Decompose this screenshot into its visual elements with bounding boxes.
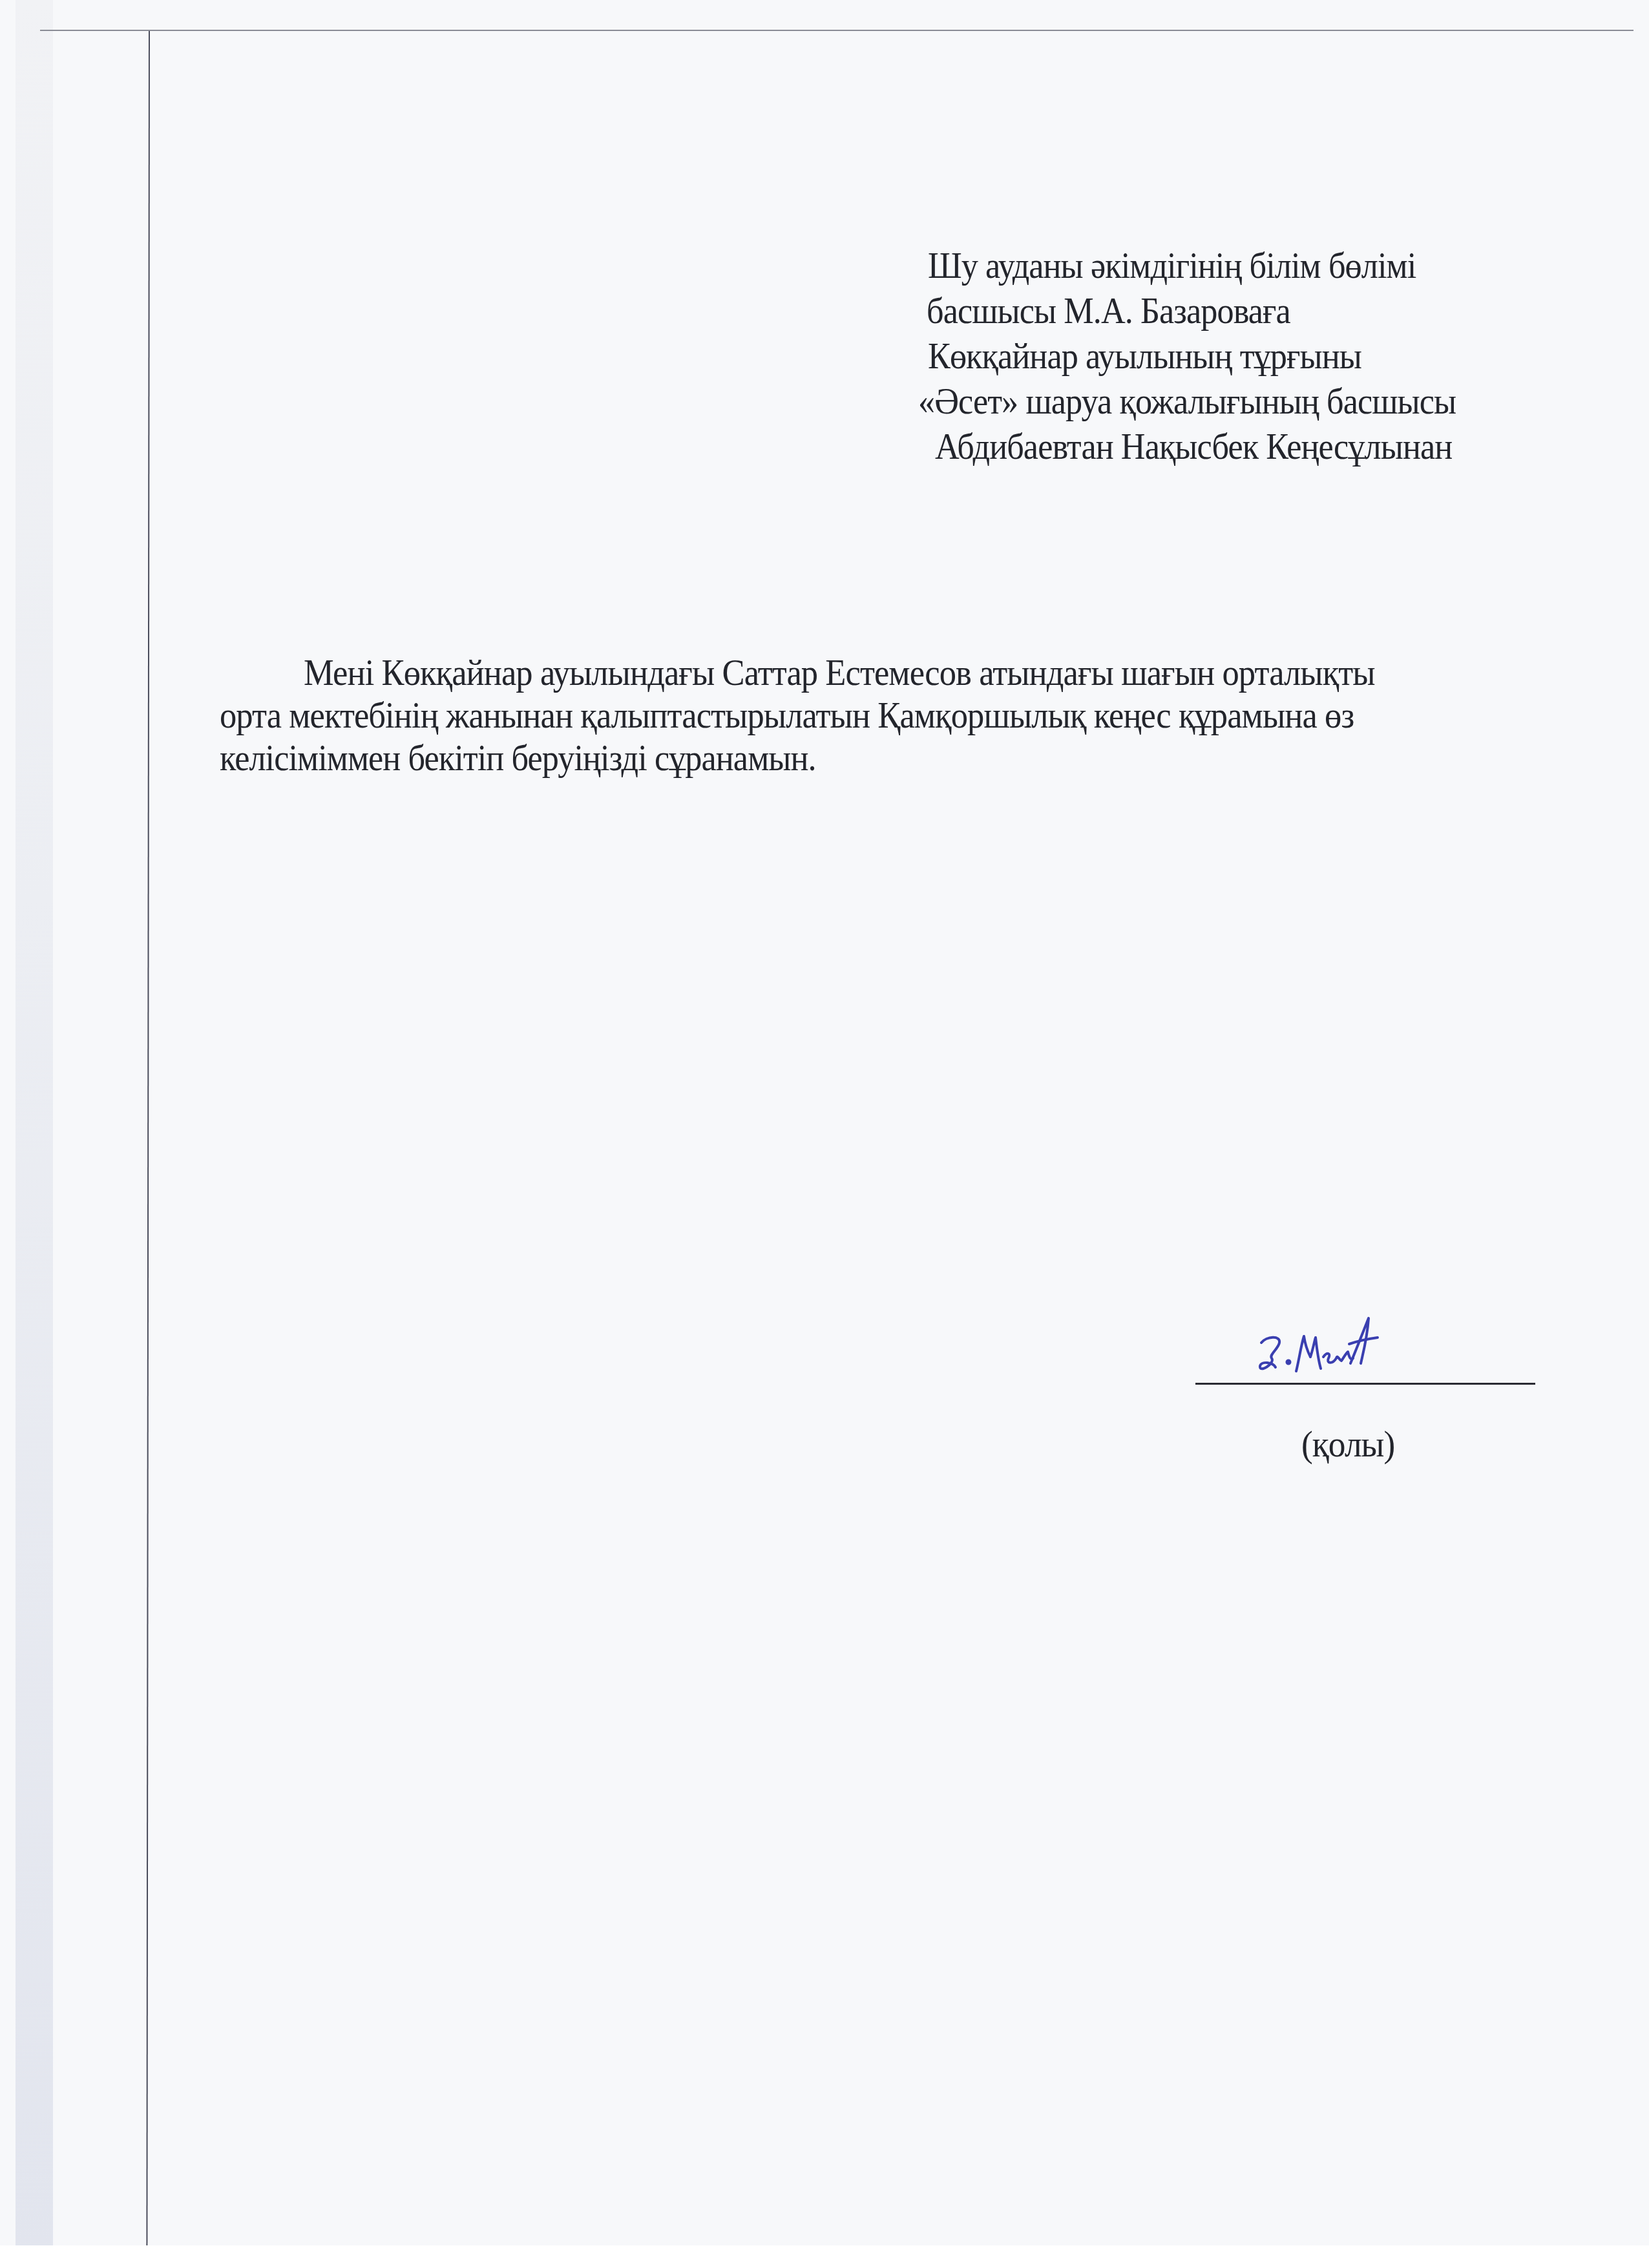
scan-edge-shadow: [16, 0, 53, 2245]
addressee-line: Абдибаевтан Нақысбек Кеңесұлынан: [935, 428, 1452, 465]
paragraph-line: орта мектебінің жанынан қалыптастырылаты…: [220, 697, 1354, 734]
addressee-line: Шу ауданы әкімдігінің білім бөлімі: [928, 247, 1416, 284]
top-border-line: [40, 30, 1633, 31]
left-margin-line: [146, 31, 150, 2245]
scanned-page: Шу ауданы әкімдігінің білім бөлімі басшы…: [0, 0, 1649, 2245]
handwritten-signature: [1254, 1312, 1383, 1383]
signature-line: [1195, 1383, 1535, 1385]
paragraph-line: Мені Көкқайнар ауылындағы Саттар Естемес…: [304, 654, 1375, 691]
addressee-line: басшысы М.А. Базароваға: [927, 292, 1290, 330]
signature-caption: (қолы): [1301, 1425, 1394, 1463]
addressee-line: Көкқайнар ауылының тұрғыны: [928, 337, 1361, 375]
paragraph-line: келісіміммен бекітіп беруіңізді сұранамы…: [220, 739, 816, 777]
addressee-line: «Әсет» шаруа қожалығының басшысы: [918, 383, 1456, 420]
